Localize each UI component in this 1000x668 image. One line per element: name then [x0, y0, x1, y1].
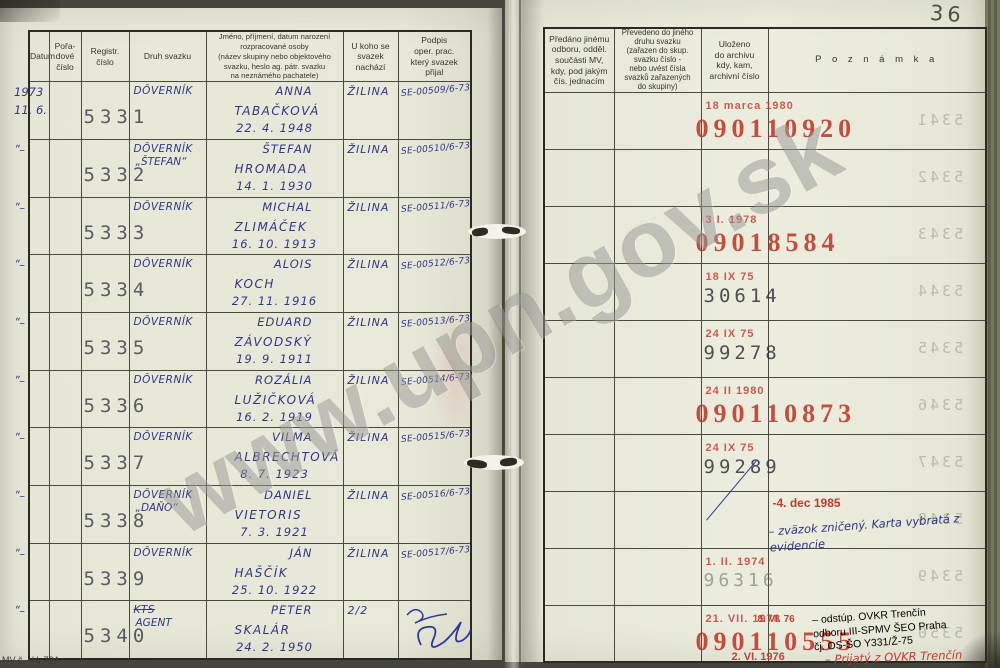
cover-name: AGENT	[136, 617, 206, 629]
first-name: ROZÁLIA	[207, 373, 343, 387]
table-header-row: Datum Pořa- dové číslo Registr. číslo Dr…	[29, 31, 471, 82]
file-type: DÔVERNÍK	[134, 374, 206, 386]
ledger-row: ʺ– 5332 DÔVERNÍK „ŠTEFAN“ ŠTEFAN HROMADA…	[29, 139, 471, 197]
registration-number: 5337	[84, 452, 129, 474]
file-type: DÔVERNÍK	[134, 316, 206, 328]
header-jmeno: Jméno, příjmení, datum narození rozpraco…	[206, 31, 343, 82]
archive-row: 24 IX 75 99278 5345	[544, 320, 986, 377]
birth-date: 16. 10. 1913	[207, 237, 343, 251]
archive-row: 5348 -4. dec 1985 – zväzok zničený. Kart…	[544, 491, 986, 548]
registration-number: 5334	[84, 279, 129, 301]
file-holder: ŽILINA	[348, 143, 398, 156]
birth-date: 14. 1. 1930	[207, 179, 343, 193]
officer-file-number: SE-00511/6-73	[400, 199, 470, 215]
file-type: DÔVERNÍK	[134, 489, 206, 501]
archive-number-stamp: 090110920	[696, 114, 768, 144]
bleed-through-number: 5343	[915, 225, 963, 243]
registration-number: 5332	[84, 164, 129, 186]
header-prevedeno: Převedeno do jiného druhu svazku (zařaze…	[614, 28, 701, 92]
first-name: MICHAL	[207, 200, 343, 214]
file-type: DÔVERNÍK	[134, 201, 206, 213]
ledger-row: ʺ– 5337 DÔVERNÍK VILMA ALBRECHTOVÁ 8. 7.…	[29, 428, 471, 486]
page-stack-edge	[985, 0, 1000, 668]
officer-file-number: SE-00509/6-73	[400, 83, 470, 99]
archive-date-stamp: 1. II. 1974	[706, 556, 768, 568]
file-type: DÔVERNÍK	[134, 143, 206, 155]
bleed-through-number: 5346	[915, 396, 963, 414]
table-header-row: Předáno jinému odboru, odděl. součásti M…	[544, 28, 986, 92]
file-holder: ŽILINA	[348, 316, 398, 329]
archive-date-stamp: 24 IX 75	[706, 328, 768, 340]
file-holder: ŽILINA	[348, 489, 398, 502]
surname: ZÁVODSKÝ	[207, 335, 343, 349]
ledger-row: ʺ– 5336 DÔVERNÍK ROZÁLIA LUŽIČKOVÁ 16. 2…	[29, 370, 471, 428]
first-name: DANIEL	[207, 488, 343, 502]
birth-date: 22. 4. 1948	[207, 121, 343, 135]
birth-date: 19. 9. 1911	[207, 352, 343, 366]
header-predano: Předáno jinému odboru, odděl. součásti M…	[544, 28, 614, 92]
archive-number-stamp: 99278	[704, 342, 768, 364]
archive-number-stamp: 30614	[704, 285, 768, 307]
archive-date-stamp: 24 IX 75	[706, 442, 768, 454]
note-date-stamp: -4. dec 1985	[773, 496, 841, 510]
archive-number-stamp: 96316	[704, 570, 768, 591]
file-type: DÔVERNÍK	[134, 431, 206, 443]
surname: SKALÁR	[207, 623, 343, 637]
ink-bleed-smudge	[430, 300, 480, 440]
archive-date-stamp: 3 I. 1978	[706, 214, 768, 226]
first-name: EDUARD	[207, 315, 343, 329]
bleed-through-number: 5341	[915, 111, 963, 129]
file-holder: ŽILINA	[348, 374, 398, 387]
page-number: 36	[929, 1, 965, 27]
registration-number: 5333	[84, 222, 129, 244]
registration-number: 5339	[84, 568, 129, 590]
birth-date: 24. 2. 1950	[207, 640, 343, 654]
ledger-row: ʺ– 5334 DÔVERNÍK ALOIS KOCH 27. 11. 1916…	[29, 255, 471, 313]
archive-row: 21. VII. 1978 090110555 8. VI. 76 2. VI.…	[544, 605, 986, 662]
header-poradove-cislo: Pořa- dové číslo	[49, 31, 81, 82]
officer-file-number: SE-00512/6-73	[400, 256, 470, 272]
header-registr-cislo: Registr. číslo	[81, 31, 129, 82]
archive-date-stamp: 18 marca 1980	[706, 100, 768, 112]
archive-number-stamp: 99289	[704, 456, 768, 478]
archive-table-right: Předáno jinému odboru, odděl. součásti M…	[543, 27, 987, 663]
archive-date-stamp: 24 II 1980	[706, 385, 768, 397]
signature-scribble	[401, 603, 471, 655]
bleed-through-number: 5342	[915, 168, 963, 186]
file-holder: ŽILINA	[348, 85, 398, 98]
ledger-row: ʺ– 5333 DÔVERNÍK MICHAL ZLIMÁČEK 16. 10.…	[29, 197, 471, 255]
header-datum: Datum	[29, 31, 49, 82]
surname: ALBRECHTOVÁ	[207, 450, 343, 464]
surname: VIETORIS	[207, 508, 343, 522]
ledger-row: 1973 11. 6. 5331 DÔVERNÍK ANNA TABAČKOVÁ…	[29, 82, 471, 140]
officer-file-number: SE-00510/6-73	[400, 141, 470, 157]
ledger-row: ʺ– 5339 DÔVERNÍK JÁN HAŠČÍK 25. 10. 1922…	[29, 543, 471, 601]
file-type: DÔVERNÍK	[134, 258, 206, 270]
file-type: KTS	[134, 604, 206, 616]
ledger-row: ʺ– 5340 KTS AGENT PETER SKALÁR 24. 2. 19…	[29, 601, 471, 659]
first-name: ŠTEFAN	[207, 142, 343, 156]
bleed-through-number: 5345	[915, 339, 963, 357]
first-name: PETER	[207, 603, 343, 617]
birth-date: 27. 11. 1916	[207, 294, 343, 308]
header-ulozeno: Uloženo do archivu kdy, kam, archivní čí…	[701, 28, 768, 92]
archive-row: 3 I. 1978 09018584 5343	[544, 206, 986, 263]
surname: ZLIMÁČEK	[207, 220, 343, 234]
archive-row: 5342	[544, 149, 986, 206]
file-holder: ŽILINA	[348, 431, 398, 444]
transfer-note: – odstúp. OVKR Trenčín odboru III-SPMV Š…	[811, 599, 1000, 654]
file-holder: ŽILINA	[348, 547, 398, 560]
surname: KOCH	[207, 277, 343, 291]
archive-row: 18 IX 75 30614 5344	[544, 263, 986, 320]
ledger-row: ʺ– 5338 DÔVERNÍK „DAŇO“ DANIEL VIETORIS …	[29, 486, 471, 544]
book-gutter	[488, 0, 544, 668]
header-poznamka: P o z n á m k a	[768, 28, 986, 92]
bleed-through-number: 5349	[915, 567, 963, 585]
surname: LUŽIČKOVÁ	[207, 393, 343, 407]
registration-number: 5338	[84, 510, 129, 532]
first-name: ANNA	[207, 84, 343, 98]
archive-number-stamp: 090110873	[696, 399, 768, 429]
birth-date: 16. 2. 1919	[207, 410, 343, 424]
archive-row: 24 IX 75 99289 5347	[544, 434, 986, 491]
binding-stitch	[464, 452, 524, 474]
file-type: DÔVERNÍK	[134, 85, 206, 97]
first-name: VILMA	[207, 430, 343, 444]
archive-number-stamp: 09018584	[696, 228, 768, 258]
surname: TABAČKOVÁ	[207, 104, 343, 118]
registration-number: 5331	[84, 106, 129, 128]
registration-table-left: Datum Pořa- dové číslo Registr. číslo Dr…	[28, 30, 472, 660]
binding-crease	[519, 0, 521, 668]
registration-number: 5336	[84, 395, 129, 417]
form-code: MV č. skl. 734	[2, 655, 59, 665]
archive-date-stamp: 18 IX 75	[706, 271, 768, 283]
birth-date: 8. 7. 1923	[207, 467, 343, 481]
registration-number: 5340	[84, 625, 129, 647]
header-podpis: Podpis oper. prac. který svazek přijal	[398, 31, 471, 82]
officer-file-number: SE-00517/6-73	[400, 545, 470, 561]
first-name: JÁN	[207, 546, 343, 560]
archive-row: 1. II. 1974 96316 5349	[544, 548, 986, 605]
registry-ledger-scan: Datum Pořa- dové číslo Registr. číslo Dr…	[0, 0, 1000, 668]
header-druh-svazku: Druh svazku	[129, 31, 206, 82]
file-holder: 2/2	[348, 604, 398, 617]
bleed-through-number: 5344	[915, 282, 963, 300]
scan-shadow	[0, 0, 60, 22]
binding-stitch	[468, 222, 526, 242]
first-name: ALOIS	[207, 257, 343, 271]
archive-row: 18 marca 1980 090110920 5341	[544, 92, 986, 149]
bleed-through-number: 5347	[915, 453, 963, 471]
ledger-row: ʺ– 5335 DÔVERNÍK EDUARD ZÁVODSKÝ 19. 9. …	[29, 313, 471, 371]
cover-name: „ŠTEFAN“	[136, 156, 206, 168]
officer-file-number: SE-00516/6-73	[400, 487, 470, 503]
file-holder: ŽILINA	[348, 201, 398, 214]
registration-number: 5335	[84, 337, 129, 359]
header-u-koho: U koho se svazek nachází	[343, 31, 398, 82]
file-holder: ŽILINA	[348, 258, 398, 271]
birth-date: 7. 3. 1921	[207, 525, 343, 539]
surname: HROMADA	[207, 162, 343, 176]
birth-date: 25. 10. 1922	[207, 583, 343, 597]
file-type: DÔVERNÍK	[134, 547, 206, 559]
cover-name: „DAŇO“	[136, 502, 206, 514]
surname: HAŠČÍK	[207, 566, 343, 580]
archive-row: 24 II 1980 090110873 5346	[544, 377, 986, 434]
